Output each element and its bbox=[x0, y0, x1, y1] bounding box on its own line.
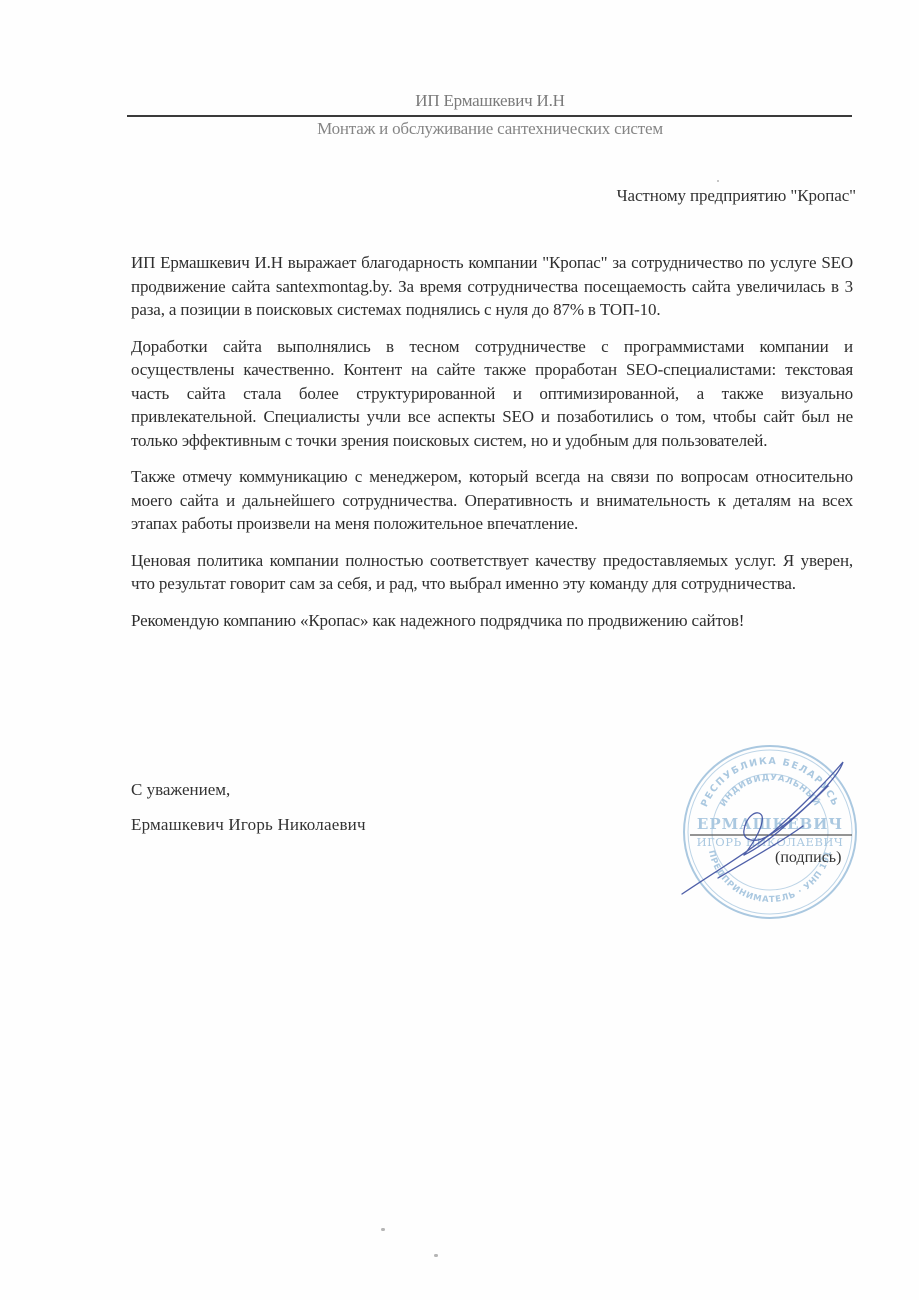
closing-salutation: С уважением, bbox=[131, 780, 230, 800]
signer-name: Ермашкевич Игорь Николаевич bbox=[131, 815, 366, 835]
body-paragraph: Ценовая политика компании полностью соот… bbox=[131, 549, 853, 596]
official-stamp-icon: РЕСПУБЛИКА БЕЛАРУСЬ ИНДИВИДУАЛЬНЫЙ ПРЕДП… bbox=[678, 740, 862, 924]
body-paragraph: Доработки сайта выполнялись в тесном сот… bbox=[131, 335, 853, 453]
body-paragraph: ИП Ермашкевич И.Н выражает благодарность… bbox=[131, 251, 853, 322]
letterhead-tagline: Монтаж и обслуживание сантехнических сис… bbox=[128, 119, 852, 139]
letterhead-divider bbox=[127, 115, 852, 117]
signature-caption: (подпись) bbox=[775, 849, 841, 867]
scan-artifact bbox=[717, 180, 719, 182]
body-paragraph: Рекомендую компанию «Кропас» как надежно… bbox=[131, 609, 853, 633]
letterhead-company-name: ИП Ермашкевич И.Н bbox=[128, 91, 852, 111]
scan-artifact bbox=[434, 1254, 438, 1257]
letter-body: ИП Ермашкевич И.Н выражает благодарность… bbox=[131, 251, 853, 645]
addressee: Частному предприятию "Кропас" bbox=[617, 186, 856, 206]
scan-artifact bbox=[381, 1228, 385, 1231]
svg-text:ЕРМАШКЕВИЧ: ЕРМАШКЕВИЧ bbox=[697, 815, 843, 833]
letter-page: ИП Ермашкевич И.Н Монтаж и обслуживание … bbox=[0, 0, 919, 1300]
body-paragraph: Также отмечу коммуникацию с менеджером, … bbox=[131, 465, 853, 536]
